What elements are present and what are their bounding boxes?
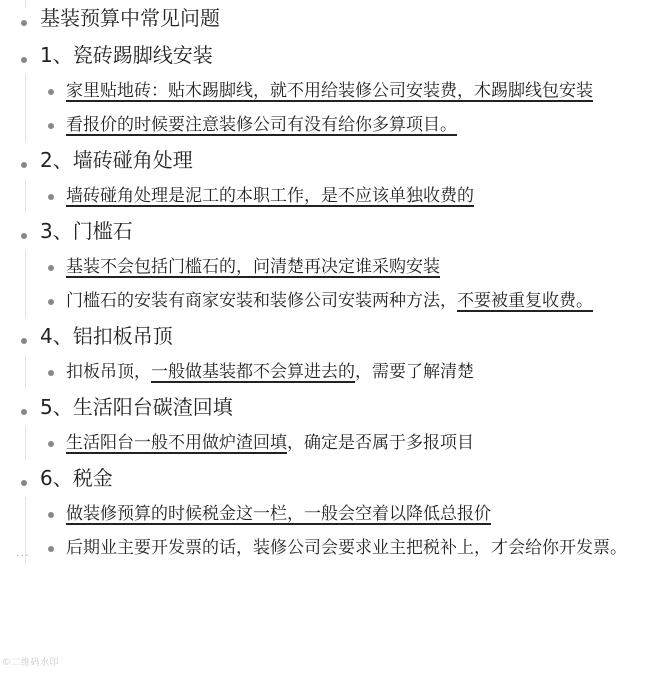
outline-node-item[interactable]: 看报价的时候要注意装修公司有没有给你多算项目。	[0, 108, 652, 142]
plain-text: ，确定是否属于多报项目	[287, 433, 474, 453]
underlined-text: 墙砖碰角处理是泥工的本职工作，是不应该单独收费的	[66, 186, 474, 206]
outline-node-item[interactable]: 扣板吊顶，一般做基装都不会算进去的，需要了解清楚	[0, 355, 652, 389]
watermark: ©二维码水印	[2, 655, 59, 668]
bullet-icon[interactable]	[21, 57, 27, 63]
bullet-icon[interactable]	[48, 265, 54, 271]
bullet-icon[interactable]	[48, 123, 54, 129]
bullet-icon[interactable]	[48, 546, 54, 552]
node-text[interactable]: 1、瓷砖踢脚线安装	[40, 42, 213, 68]
bullet-icon[interactable]	[21, 162, 27, 168]
outline-node-section-5[interactable]: 5、生活阳台碳渣回填	[0, 389, 652, 426]
underlined-text: 看报价的时候要注意装修公司有没有给你多算项目。	[66, 115, 457, 135]
outline-node-section-1[interactable]: 1、瓷砖踢脚线安装	[0, 37, 652, 74]
node-text[interactable]: 基装预算中常见问题	[40, 5, 220, 31]
node-text[interactable]: 扣板吊顶，一般做基装都不会算进去的，需要了解清楚	[66, 358, 474, 386]
outline-node-section-2[interactable]: 2、墙砖碰角处理	[0, 142, 652, 179]
outline-node-section-4[interactable]: 4、铝扣板吊顶	[0, 318, 652, 355]
children-section-6: 做装修预算的时候税金这一栏，一般会空着以降低总报价 ··· 后期业主要开发票的话…	[0, 497, 652, 565]
plain-text: 后期业主要开发票的话，装修公司会要求业主把税补上，才会给你开发票。	[66, 538, 627, 558]
children-section-3: 基装不会包括门槛石的，问清楚再决定谁采购安装 门槛石的安装有商家安装和装修公司安…	[0, 250, 652, 318]
bullet-icon[interactable]	[48, 89, 54, 95]
underlined-text: 一般做基装都不会算进去的	[151, 362, 355, 382]
node-text[interactable]: 看报价的时候要注意装修公司有没有给你多算项目。	[66, 111, 457, 139]
outline-node-item[interactable]: 生活阳台一般不用做炉渣回填，确定是否属于多报项目	[0, 426, 652, 460]
bullet-icon[interactable]	[21, 480, 27, 486]
node-text[interactable]: 3、门槛石	[40, 218, 133, 244]
bullet-icon[interactable]	[48, 512, 54, 518]
outline-node-item[interactable]: 做装修预算的时候税金这一栏，一般会空着以降低总报价	[0, 497, 652, 531]
underlined-text: 家里贴地砖：贴木踢脚线，就不用给装修公司安装费，木踢脚线包安装	[66, 81, 593, 101]
bullet-icon[interactable]	[48, 370, 54, 376]
outline-node-section-3[interactable]: 3、门槛石	[0, 213, 652, 250]
outline-node-section-6[interactable]: 6、税金	[0, 460, 652, 497]
outline-tree: 基装预算中常见问题 1、瓷砖踢脚线安装 家里贴地砖：贴木踢脚线，就不用给装修公司…	[0, 0, 652, 565]
outline-node-item[interactable]: 墙砖碰角处理是泥工的本职工作，是不应该单独收费的	[0, 179, 652, 213]
bullet-icon[interactable]	[21, 338, 27, 344]
underlined-text: 生活阳台一般不用做炉渣回填	[66, 433, 287, 453]
more-options-icon[interactable]: ···	[16, 542, 30, 570]
outline-node-item-hovered[interactable]: ··· 后期业主要开发票的话，装修公司会要求业主把税补上，才会给你开发票。	[0, 531, 652, 565]
node-text[interactable]: 家里贴地砖：贴木踢脚线，就不用给装修公司安装费，木踢脚线包安装	[66, 77, 593, 105]
bullet-icon[interactable]	[48, 299, 54, 305]
plain-text: 门槛石的安装有商家安装和装修公司安装两种方法，	[66, 291, 457, 311]
node-text[interactable]: 6、税金	[40, 465, 113, 491]
children-section-1: 家里贴地砖：贴木踢脚线，就不用给装修公司安装费，木踢脚线包安装 看报价的时候要注…	[0, 74, 652, 142]
node-text[interactable]: 5、生活阳台碳渣回填	[40, 394, 233, 420]
node-text[interactable]: 做装修预算的时候税金这一栏，一般会空着以降低总报价	[66, 500, 491, 528]
bullet-icon[interactable]	[21, 20, 27, 26]
outline-node-item[interactable]: 基装不会包括门槛石的，问清楚再决定谁采购安装	[0, 250, 652, 284]
node-text[interactable]: 基装不会包括门槛石的，问清楚再决定谁采购安装	[66, 253, 440, 281]
bullet-icon[interactable]	[21, 409, 27, 415]
underlined-text: 基装不会包括门槛石的，问清楚再决定谁采购安装	[66, 257, 440, 277]
bullet-icon[interactable]	[48, 194, 54, 200]
children-section-5: 生活阳台一般不用做炉渣回填，确定是否属于多报项目	[0, 426, 652, 460]
outline-node-item[interactable]: 门槛石的安装有商家安装和装修公司安装两种方法，不要被重复收费。	[0, 284, 652, 318]
bullet-icon[interactable]	[21, 233, 27, 239]
plain-text: ，需要了解清楚	[355, 362, 474, 382]
node-text[interactable]: 后期业主要开发票的话，装修公司会要求业主把税补上，才会给你开发票。	[66, 534, 627, 562]
node-text[interactable]: 墙砖碰角处理是泥工的本职工作，是不应该单独收费的	[66, 182, 474, 210]
bullet-icon[interactable]	[48, 441, 54, 447]
node-text[interactable]: 4、铝扣板吊顶	[40, 323, 173, 349]
outline-node-item[interactable]: 家里贴地砖：贴木踢脚线，就不用给装修公司安装费，木踢脚线包安装	[0, 74, 652, 108]
plain-text: 扣板吊顶，	[66, 362, 151, 382]
children-section-2: 墙砖碰角处理是泥工的本职工作，是不应该单独收费的	[0, 179, 652, 213]
underlined-text: 不要被重复收费。	[457, 291, 593, 311]
children-section-4: 扣板吊顶，一般做基装都不会算进去的，需要了解清楚	[0, 355, 652, 389]
node-text[interactable]: 门槛石的安装有商家安装和装修公司安装两种方法，不要被重复收费。	[66, 287, 593, 315]
node-text[interactable]: 生活阳台一般不用做炉渣回填，确定是否属于多报项目	[66, 429, 474, 457]
underlined-text: 做装修预算的时候税金这一栏，一般会空着以降低总报价	[66, 504, 491, 524]
outline-node-title[interactable]: 基装预算中常见问题	[0, 0, 652, 37]
node-text[interactable]: 2、墙砖碰角处理	[40, 147, 193, 173]
